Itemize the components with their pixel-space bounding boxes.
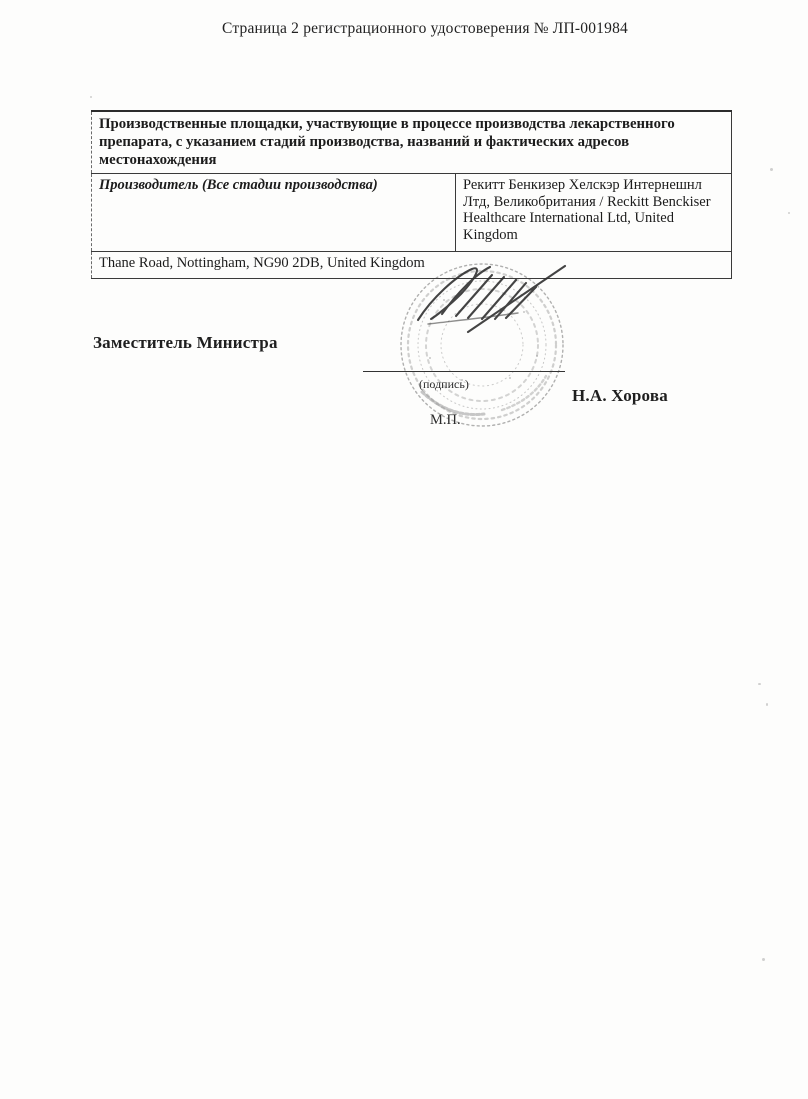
signer-name: Н.А. Хорова xyxy=(572,386,808,406)
table-header-cell: Производственные площадки, участвующие в… xyxy=(92,111,732,174)
document-page: Страница 2 регистрационного удостоверени… xyxy=(0,0,808,1099)
signature-line xyxy=(363,371,565,372)
table-row: Производитель (Все стадии производства) … xyxy=(92,174,732,252)
production-sites-table: Производственные площадки, участвующие в… xyxy=(91,110,732,279)
manufacturer-name-cell: Рекитт Бенкизер Хелскэр Интернешнл Лтд, … xyxy=(456,174,732,252)
page-title: Страница 2 регистрационного удостоверени… xyxy=(42,20,808,38)
seal-place-mark: М.П. xyxy=(430,412,808,429)
manufacturer-role-cell: Производитель (Все стадии производства) xyxy=(92,174,456,252)
table-header-row: Производственные площадки, участвующие в… xyxy=(92,111,732,174)
handwritten-signature-icon xyxy=(398,256,578,348)
